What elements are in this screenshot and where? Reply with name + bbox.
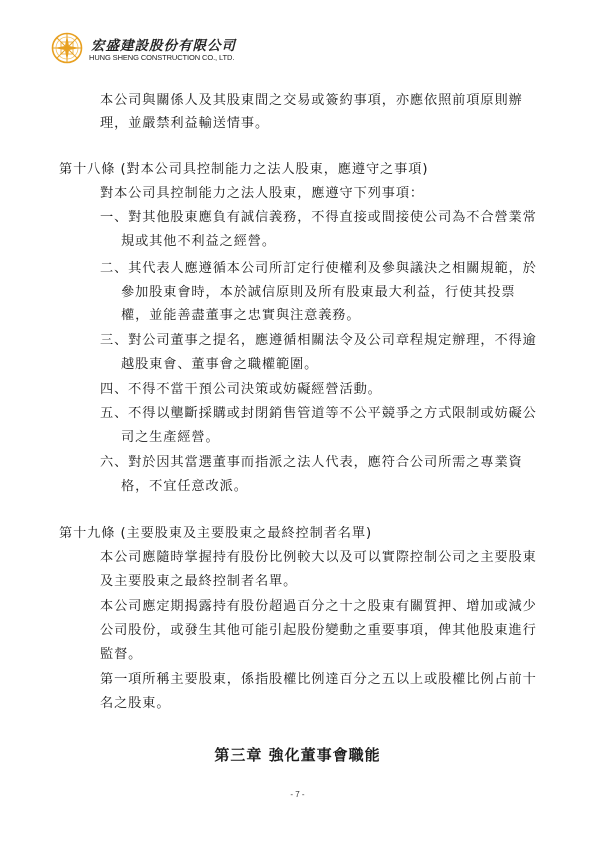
text-line: 格，不宜任意改派。 (121, 478, 248, 496)
text-line: 規或其他不利益之經營。 (121, 233, 276, 251)
text-line: 二、其代表人應遵循本公司所訂定行使權利及參與議決之相關規範，於 (100, 260, 537, 278)
text-line: 對本公司具控制能力之法人股東，應遵守下列事項： (100, 185, 424, 203)
compass-rose-logo-icon (51, 32, 83, 64)
text-line: 越股東會、董事會之職權範圍。 (121, 356, 318, 374)
text-line: 本公司應定期揭露持有股份超過百分之十之股東有關質押、增加或減少 (100, 598, 537, 616)
document-header: 宏盛建設股份有限公司 HUNG SHENG CONSTRUCTION CO., … (51, 30, 291, 70)
text-line: 名之股東。 (100, 695, 170, 713)
text-line: 三、對公司董事之提名，應遵循相關法令及公司章程規定辦理，不得逾 (100, 332, 537, 350)
text-line: 公司股份，或發生其他可能引起股份變動之重要事項，俾其他股東進行 (100, 622, 537, 640)
text-line: 一、對其他股東應負有誠信義務，不得直接或間接使公司為不合營業常 (100, 209, 537, 227)
text-line: 第十九條 (主要股東及主要股東之最終控制者名單) (59, 525, 372, 543)
text-line: 六、對於因其當選董事而指派之法人代表，應符合公司所需之專業資 (100, 454, 523, 472)
text-line: 權，並能善盡董事之忠實與注意義務。 (121, 307, 361, 325)
page-number: - 7 - (0, 790, 595, 799)
text-line: 五、不得以壟斷採購或封閉銷售管道等不公平競爭之方式限制或妨礙公 (100, 405, 537, 423)
text-line: 第十八條 (對本公司具控制能力之法人股東，應遵守之事項) (59, 161, 428, 179)
text-line: 本公司應隨時掌握持有股份比例較大以及可以實際控制公司之主要股東 (100, 549, 537, 567)
text-line: 監督。 (100, 646, 142, 664)
text-line: 及主要股東之最終控制者名單。 (100, 573, 297, 591)
text-line: 參加股東會時，本於誠信原則及所有股東最大利益，行使其投票 (121, 284, 515, 302)
company-name-zh: 宏盛建設股份有限公司 (91, 34, 236, 54)
text-line: 第一項所稱主要股東，係指股權比例達百分之五以上或股權比例占前十 (100, 671, 537, 689)
text-line: 本公司與關係人及其股東間之交易或簽約事項，亦應依照前項原則辦 (100, 92, 523, 110)
text-line: 四、不得不當干預公司決策或妨礙經營活動。 (100, 381, 382, 399)
chapter-title: 第三章 強化董事會職能 (0, 744, 595, 765)
company-name-en: HUNG SHENG CONSTRUCTION CO., LTD. (89, 53, 234, 62)
text-line: 理，並嚴禁利益輸送情事。 (100, 115, 269, 133)
text-line: 司之生產經營。 (121, 429, 220, 447)
